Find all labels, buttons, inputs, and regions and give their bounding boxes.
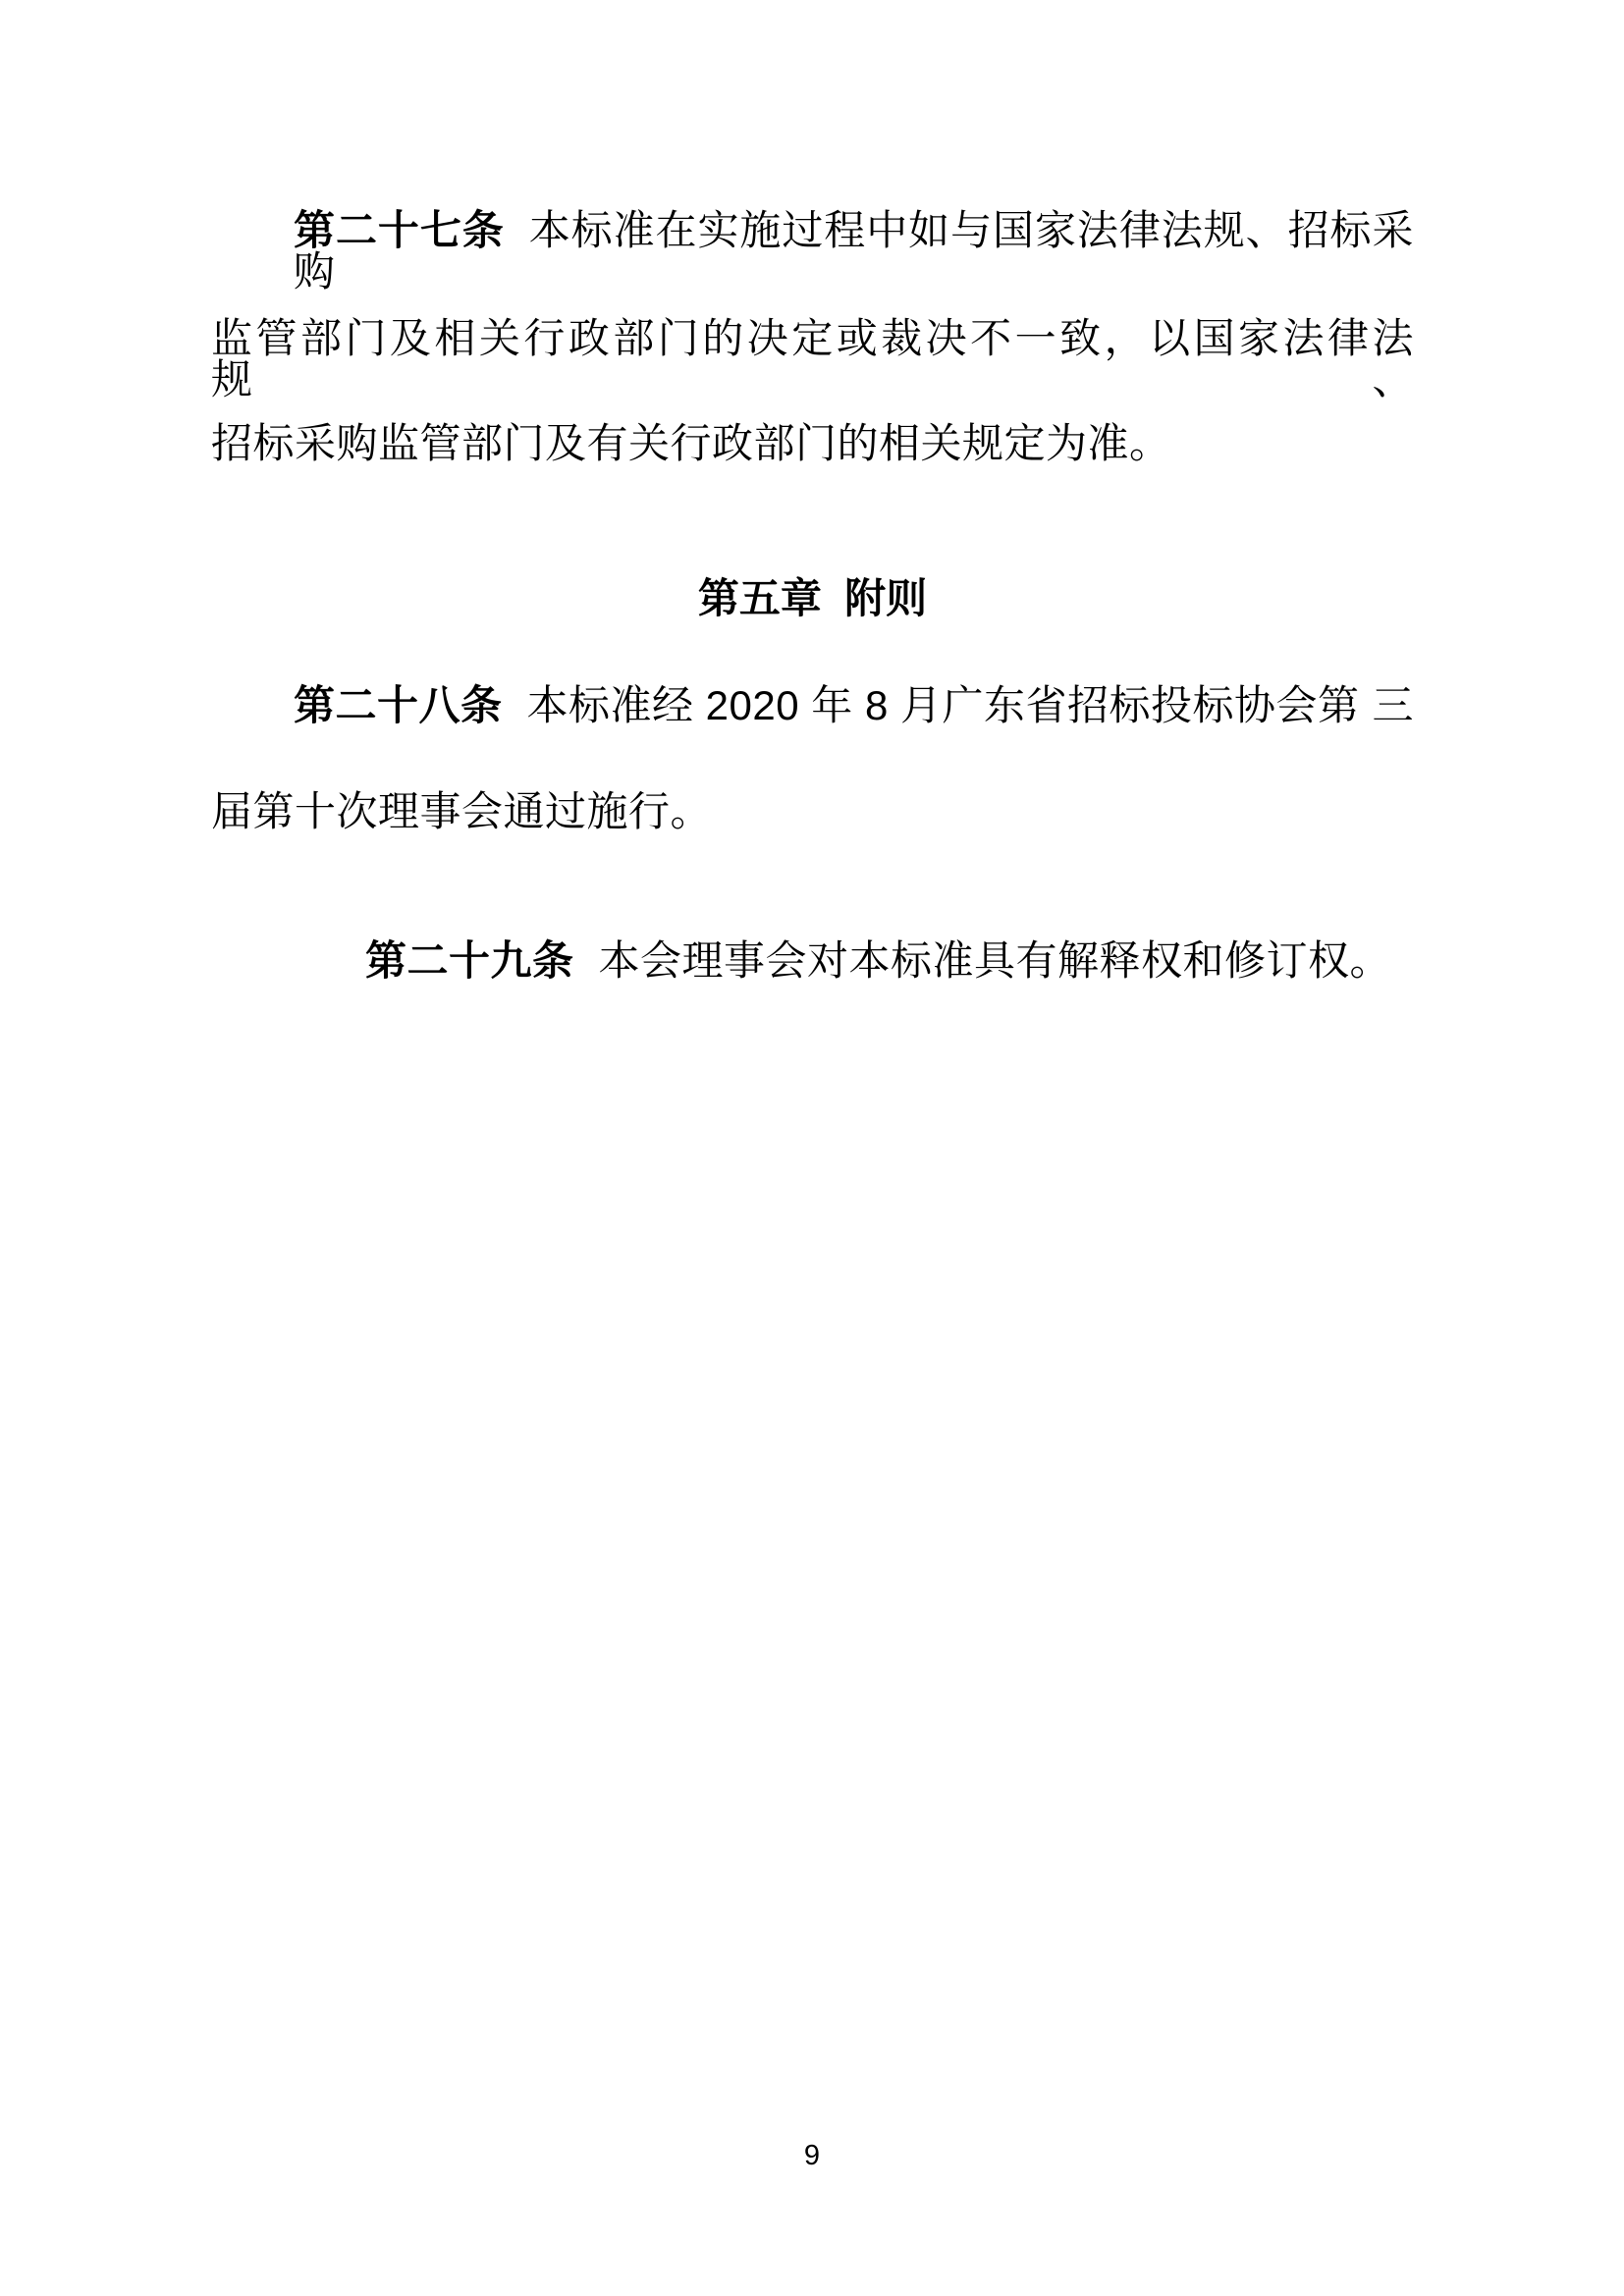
chapter-5-heading: 第五章 附则 [211,578,1414,619]
article-29-text: 本会理事会对本标准具有解释权和修订权。 [599,937,1392,984]
article-28-line-1-right: 三 [1372,685,1414,726]
article-27-line-2: 监管部门及相关行政部门的决定或裁决不一致，以国家法律法规、 [211,318,1414,400]
document-page: 第二十七条本标准在实施过程中如与国家法律法规、招标采购 监管部门及相关行政部门的… [0,0,1624,2296]
article-28-number: 第二十八条 [294,682,503,728]
page-number: 9 [0,2142,1624,2170]
article-27-line-1: 第二十七条本标准在实施过程中如与国家法律法规、招标采购 [211,210,1414,293]
article-28-line-2: 届第十次理事会通过施行。 [211,791,1414,832]
article-27-line-3: 招标采购监管部门及有关行政部门的相关规定为准。 [211,423,1414,464]
article-28-text-line-1: 本标准经 2020 年 8 月广东省招标投标协会第 [527,682,1360,728]
article-28-line-1-left: 第二十八条本标准经 2020 年 8 月广东省招标投标协会第 [294,685,1359,726]
article-28-line-1: 第二十八条本标准经 2020 年 8 月广东省招标投标协会第三 [211,685,1414,726]
article-27-number: 第二十七条 [294,207,505,253]
article-29-number: 第二十九条 [365,937,574,984]
article-29-line-1: 第二十九条本会理事会对本标准具有解释权和修订权。 [211,899,1414,1023]
